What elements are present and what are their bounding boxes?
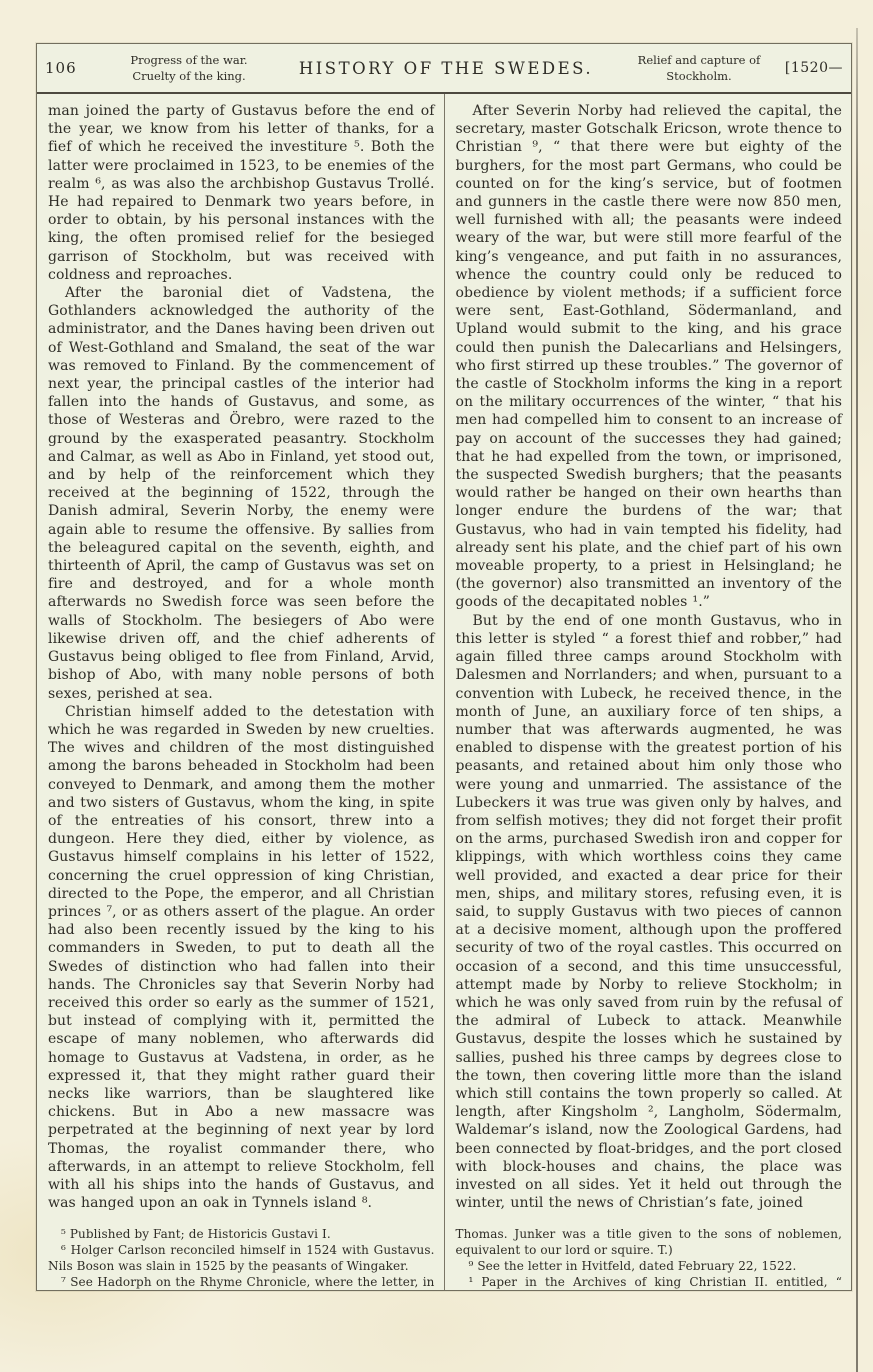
footnote: ¹ Paper in the Archives of king Christia…	[456, 1275, 843, 1291]
footnote: ⁶ Holger Carlson reconciled himself in 1…	[48, 1243, 435, 1275]
footnote: ⁷ See Hadorph on the Rhyme Chronicle, wh…	[48, 1275, 435, 1291]
footnote: Thomas. Junker was a title given to the …	[456, 1227, 843, 1259]
date-range: [1520—	[783, 60, 843, 76]
running-head-right: Relief and capture of Stockholm.	[615, 52, 783, 84]
page-title: HISTORY OF THE SWEDES.	[277, 59, 615, 78]
scanned-book-page: { "colors": { "paper": "#f4efdb", "panel…	[0, 0, 873, 1372]
page-frame: 106 Progress of the war. Cruelty of the …	[36, 43, 852, 1291]
body-paragraph: But by the end of one month Gustavus, wh…	[456, 612, 843, 1213]
running-head-right-line2: Stockholm.	[615, 68, 783, 84]
running-head-left-line1: Progress of the war.	[101, 52, 277, 68]
running-head-right-line1: Relief and capture of	[615, 52, 783, 68]
page-header: 106 Progress of the war. Cruelty of the …	[37, 44, 851, 94]
body-paragraph: man joined the party of Gustavus before …	[48, 102, 435, 284]
left-column: man joined the party of Gustavus before …	[37, 94, 444, 1290]
left-column-footnotes: ⁵ Published by Fant; de Historicis Gusta…	[48, 1227, 435, 1291]
body-paragraph: After Severin Norby had relieved the cap…	[456, 102, 843, 612]
body-paragraph: Christian himself added to the detestati…	[48, 703, 435, 1213]
right-column-body: After Severin Norby had relieved the cap…	[456, 102, 843, 1212]
page-edge-shadow	[856, 28, 858, 1372]
footnote: ⁵ Published by Fant; de Historicis Gusta…	[48, 1227, 435, 1243]
body-paragraph: After the baronial diet of Vadstena, the…	[48, 284, 435, 703]
page-number: 106	[45, 59, 101, 77]
footnote: ⁹ See the letter in Hvitfeld, dated Febr…	[456, 1259, 843, 1275]
left-column-body: man joined the party of Gustavus before …	[48, 102, 435, 1212]
right-column-footnotes: Thomas. Junker was a title given to the …	[456, 1227, 843, 1291]
text-columns: man joined the party of Gustavus before …	[37, 94, 851, 1290]
running-head-left: Progress of the war. Cruelty of the king…	[101, 52, 277, 84]
running-head-left-line2: Cruelty of the king.	[101, 68, 277, 84]
right-column: After Severin Norby had relieved the cap…	[445, 94, 852, 1290]
